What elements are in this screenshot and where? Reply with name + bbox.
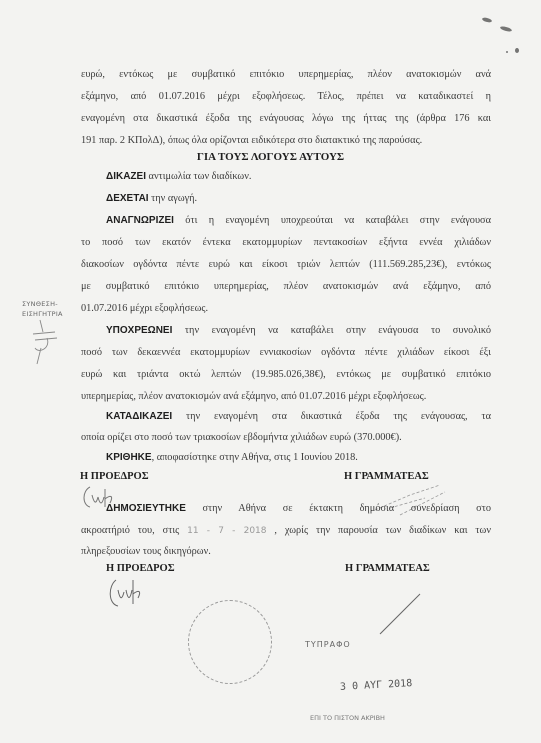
dikazei-line: ΔΙΚΑΖΕΙ αντιμωλία των διαδίκων. bbox=[106, 170, 491, 183]
ypoxreonei-text: την εναγομένη να καταβάλει στην ενάγουσα… bbox=[172, 325, 491, 336]
anagnorizei-text: ότι η εναγομένη υποχρεούται να καταβάλει… bbox=[174, 215, 491, 226]
anagnorizei-line: ΑΝΑΓΝΩΡΙΖΕΙ ότι η εναγομένη υποχρεούται … bbox=[106, 214, 491, 227]
dexetai-text: την αγωγή. bbox=[149, 193, 198, 204]
president-label: Η ΠΡΟΕΔΡΟΣ bbox=[80, 471, 149, 482]
president-signature-2 bbox=[106, 576, 146, 610]
text-line: διακοσίων ογδόντα πέντε ευρώ και είκοσι … bbox=[81, 258, 491, 271]
stamp-footer: ΕΠΙ ΤΟ ΠΙΣΤΟΝ ΑΚΡΙΒΗ bbox=[310, 714, 385, 722]
stamp-header: ΤΥΠΡΑΦΟ bbox=[305, 640, 351, 649]
dikazei-text: αντιμωλία των διαδίκων. bbox=[146, 171, 251, 182]
krithike-text: , αποφασίστηκε στην Αθήνα, στις 1 Ιουνίο… bbox=[152, 452, 358, 463]
text-line: εναγομένη στα δικαστικά έξοδα της ενάγου… bbox=[81, 112, 491, 125]
text-line: ποσό των δεκαεννέα εκατομμυρίων εννιακοσ… bbox=[81, 346, 491, 359]
court-seal-stamp bbox=[188, 600, 272, 684]
dimosieutike-line: ΔΗΜΟΣΙΕΥΤΗΚΕ στην Αθήνα σε έκτακτη δημόσ… bbox=[106, 502, 491, 515]
katadikazei-line: ΚΑΤΑΔΙΚΑΖΕΙ την εναγομένη στα δικαστικά … bbox=[106, 410, 491, 423]
scan-mark bbox=[482, 17, 493, 23]
ypoxreonei-line: ΥΠΟΧΡΕΩΝΕΙ την εναγομένη να καταβάλει στ… bbox=[106, 324, 491, 337]
katadikazei-keyword: ΚΑΤΑΔΙΚΑΖΕΙ bbox=[106, 411, 172, 422]
dikazei-keyword: ΔΙΚΑΖΕΙ bbox=[106, 171, 146, 182]
krithike-keyword: ΚΡΙΘΗΚΕ bbox=[106, 452, 152, 463]
margin-note-line2: ΕΙΣΗΓΗΤΡΙΑ bbox=[22, 310, 63, 318]
text-line: ευρώ, εντόκως με συμβατικό επιτόκιο υπερ… bbox=[81, 68, 491, 81]
text-line: εξάμηνο, από 01.07.2016 μέχρι εξοφλήσεως… bbox=[81, 90, 491, 103]
scan-mark bbox=[500, 26, 513, 33]
margin-note-line1: ΣΥΝΘΕΣΗ- bbox=[22, 300, 58, 308]
margin-signature bbox=[25, 318, 65, 368]
dimosieutike-text: στην Αθήνα σε έκτακτη δημόσια συνεδρίαση… bbox=[186, 503, 491, 514]
section-heading: ΓΙΑ ΤΟΥΣ ΛΟΓΟΥΣ ΑΥΤΟΥΣ bbox=[0, 151, 541, 163]
text-line: το ποσό των εκατόν έντεκα εκατομμυρίων π… bbox=[81, 236, 491, 249]
text-line: ευρώ και τριάντα οκτώ λεπτών (19.985.026… bbox=[81, 368, 491, 381]
text-fragment: ακροατήριό του, στις bbox=[81, 525, 187, 536]
scan-mark bbox=[515, 48, 519, 53]
handwritten-date: 11 - 7 - 2018 bbox=[187, 526, 266, 536]
stamp-date: 3 0 ΑΥΓ 2018 bbox=[340, 678, 413, 693]
dexetai-keyword: ΔΕΧΕΤΑΙ bbox=[106, 193, 149, 204]
text-line: με συμβατικό επιτόκιο υπερημερίας, πλέον… bbox=[81, 280, 491, 293]
secretary-label-2: Η ΓΡΑΜΜΑΤΕΑΣ bbox=[345, 563, 430, 574]
scanned-document-page: ευρώ, εντόκως με συμβατικό επιτόκιο υπερ… bbox=[0, 0, 541, 743]
text-line: υπερημερίας, πλέον ανατοκισμών ανά εξάμη… bbox=[81, 390, 491, 403]
scan-mark bbox=[506, 51, 508, 53]
dexetai-line: ΔΕΧΕΤΑΙ την αγωγή. bbox=[106, 192, 491, 205]
text-line: οποία ορίζει στο ποσό των τριακοσίων εβδ… bbox=[81, 431, 491, 444]
text-fragment: , χωρίς την παρουσία των διαδίκων και τω… bbox=[267, 525, 491, 536]
dimosieutike-keyword: ΔΗΜΟΣΙΕΥΤΗΚΕ bbox=[106, 503, 186, 514]
president-label-2: Η ΠΡΟΕΔΡΟΣ bbox=[106, 563, 175, 574]
anagnorizei-keyword: ΑΝΑΓΝΩΡΙΖΕΙ bbox=[106, 215, 174, 226]
secretary-signature-2 bbox=[375, 592, 425, 637]
publication-date-line: ακροατήριό του, στις 11 - 7 - 2018 , χωρ… bbox=[81, 524, 491, 538]
krithike-line: ΚΡΙΘΗΚΕ, αποφασίστηκε στην Αθήνα, στις 1… bbox=[106, 451, 491, 464]
ypoxreonei-keyword: ΥΠΟΧΡΕΩΝΕΙ bbox=[106, 325, 172, 336]
katadikazei-text: την εναγομένη στα δικαστικά έξοδα της εν… bbox=[172, 411, 491, 422]
text-line: πληρεξουσίων τους δικηγόρων. bbox=[81, 545, 491, 558]
text-line: 191 παρ. 2 ΚΠολΔ), όπως όλα ορίζονται ει… bbox=[81, 134, 491, 147]
text-line: 01.07.2016 μέχρι εξοφλήσεως. bbox=[81, 302, 491, 315]
